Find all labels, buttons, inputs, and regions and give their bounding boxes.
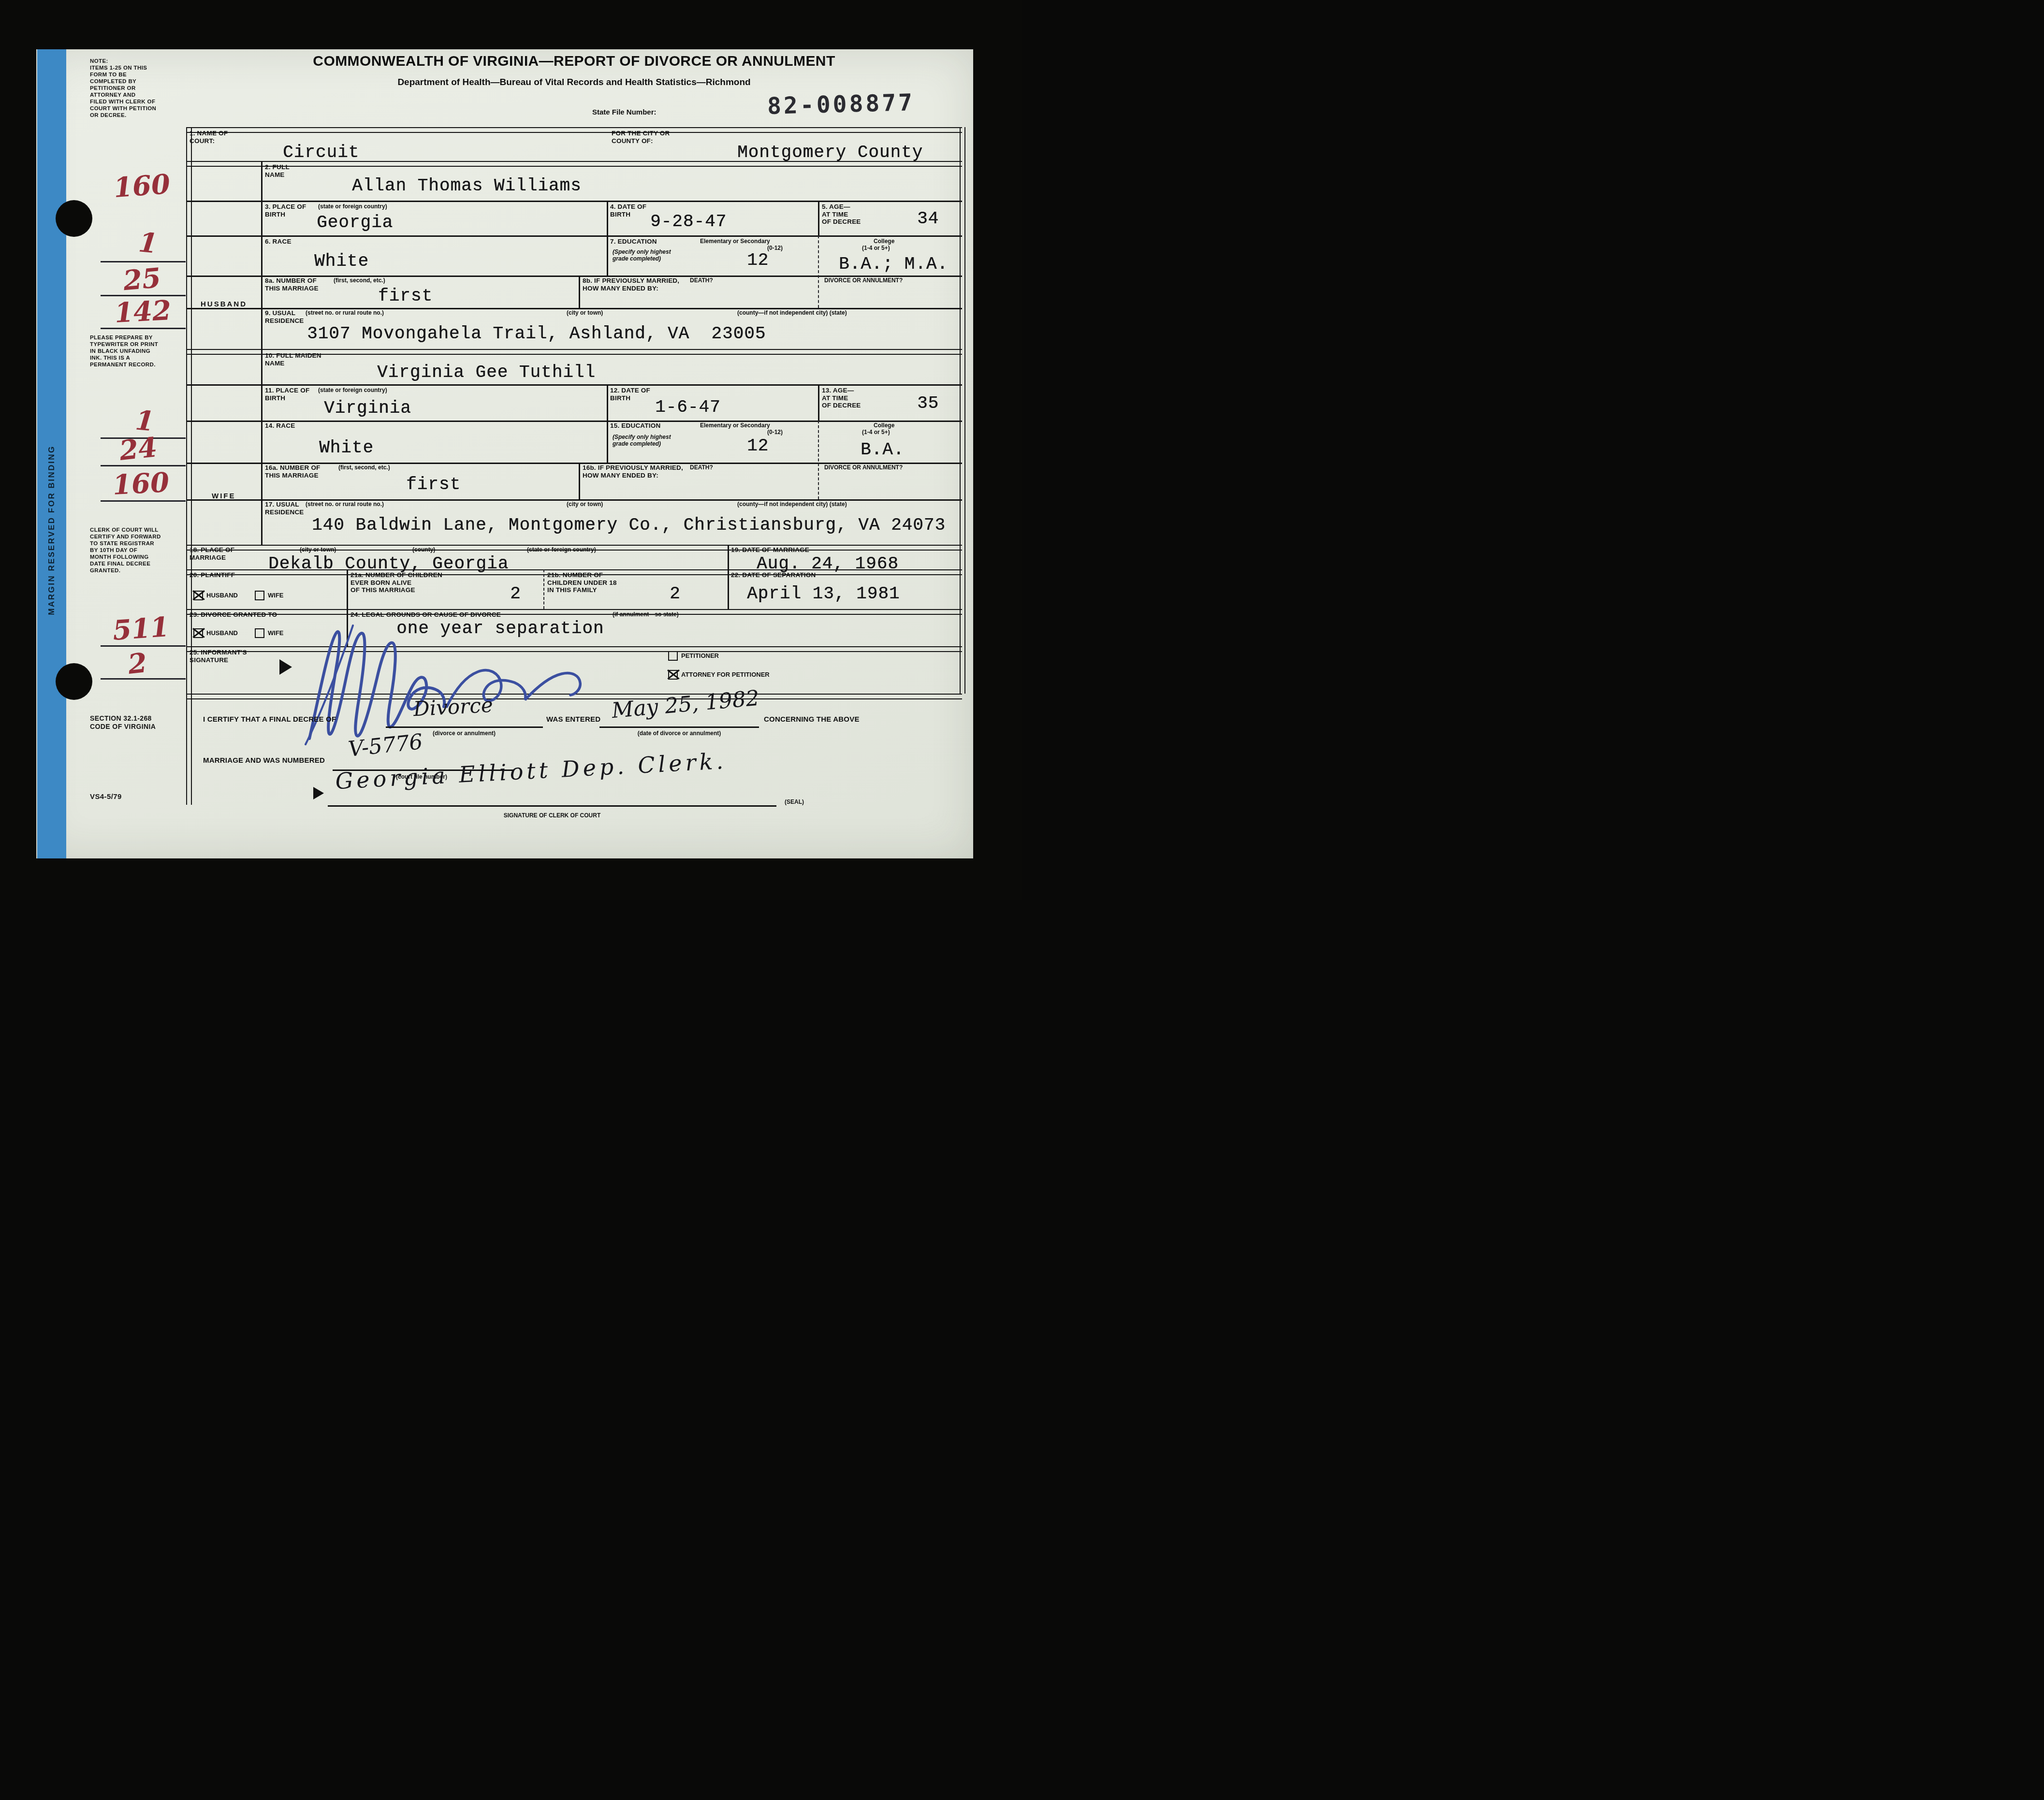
field-17-county-hint: (county—if not independent city) (state) (737, 501, 847, 508)
field-21b-value: 2 (670, 584, 681, 604)
hole-punch (56, 663, 92, 700)
field-17-value: 140 Baldwin Lane, Montgomery Co., Christ… (312, 515, 946, 535)
grid-line (186, 127, 962, 133)
decree-type-hint: (divorce or annulment) (411, 730, 517, 737)
field-1-for-value: Montgomery County (737, 143, 923, 162)
state-file-number-label: State File Number: (592, 108, 657, 116)
granted-husband-checkbox (193, 628, 203, 638)
field-7-college-label: College (874, 238, 894, 245)
plaintiff-husband-label: HUSBAND (206, 592, 238, 599)
granted-husband-label: HUSBAND (206, 629, 238, 637)
margin-handwritten-number: 1 (137, 226, 160, 260)
field-9-county-hint: (county—if not independent city) (state) (737, 309, 847, 316)
field-19-value: Aug. 24, 1968 (757, 554, 899, 574)
field-17-street-hint: (street no. or rural route no.) (306, 501, 384, 508)
field-23-label: 23. DIVORCE GRANTED TO (190, 611, 277, 619)
marriage-numbered-label: MARRIAGE AND WAS NUMBERED (203, 756, 325, 765)
decree-type-handwritten: Divorce (413, 693, 494, 721)
field-15-spec-hint: (Specify only highest grade completed) (613, 434, 671, 448)
field-9-street-hint: (street no. or rural route no.) (306, 309, 384, 316)
field-8b-divorce-label: DIVORCE OR ANNULMENT? (824, 277, 903, 284)
field-15-elementary-range: (0-12) (767, 429, 783, 435)
field-9-city-hint: (city or town) (567, 309, 603, 316)
field-13-value: 35 (917, 393, 939, 413)
field-18-city-hint: (city or town) (300, 546, 336, 553)
plaintiff-wife-checkbox (255, 591, 264, 600)
state-file-number-stamp: 82-008877 (767, 89, 915, 120)
binding-margin-label: MARGIN RESERVED FOR BINDING (47, 445, 57, 615)
scanned-divorce-report-page: MARGIN RESERVED FOR BINDING NOTE: ITEMS … (0, 0, 1022, 900)
grid-line (579, 276, 580, 308)
field-18-value: Dekalb County, Georgia (268, 554, 509, 574)
field-15-elementary-label: Elementary or Secondary (700, 422, 770, 429)
field-5-label: 5. AGE— AT TIME OF DECREE (822, 203, 861, 226)
margin-handwritten-number: 160 (112, 466, 170, 501)
grid-line (261, 161, 263, 545)
grid-line (186, 127, 192, 805)
field-10-label: 10. FULL MAIDEN NAME (265, 352, 321, 367)
grid-line (186, 421, 962, 422)
field-3-hint: (state or foreign country) (318, 203, 387, 210)
blank-line (328, 805, 776, 807)
field-15-college-range: (1-4 or 5+) (862, 429, 890, 435)
margin-prepare-note: PLEASE PREPARE BY TYPEWRITER OR PRINT IN… (90, 334, 187, 368)
field-16b-divorce-label: DIVORCE OR ANNULMENT? (824, 464, 903, 471)
entered-date-handwritten: May 25, 1982 (611, 686, 760, 723)
margin-handwritten-number: 2 (127, 647, 149, 681)
field-18-county-hint: (county) (412, 546, 435, 553)
margin-rule (101, 465, 186, 466)
attorney-for-petitioner-checkbox (668, 670, 678, 680)
field-6-label: 6. RACE (265, 238, 292, 246)
field-9-value: 3107 Movongahela Trail, Ashland, VA 2300… (307, 324, 766, 344)
grid-line (960, 127, 965, 694)
field-7-label: 7. EDUCATION (610, 238, 657, 246)
field-8b-death-label: DEATH? (690, 277, 713, 284)
margin-form-number: VS4-5/79 (90, 793, 187, 801)
plaintiff-wife-label: WIFE (268, 592, 284, 599)
grid-line (728, 545, 729, 609)
field-11-label: 11. PLACE OF BIRTH (265, 387, 309, 402)
grid-line (186, 235, 962, 237)
field-8a-value: first (378, 286, 433, 306)
field-12-value: 1-6-47 (655, 397, 721, 417)
field-7-elementary-value: 12 (747, 250, 769, 270)
field-19-label: 19. DATE OF MARRIAGE (731, 546, 809, 554)
field-3-value: Georgia (317, 213, 393, 232)
field-4-label: 4. DATE OF BIRTH (610, 203, 646, 218)
field-17-city-hint: (city or town) (567, 501, 603, 508)
field-15-label: 15. EDUCATION (610, 422, 660, 430)
plaintiff-husband-checkbox (193, 591, 203, 600)
field-20-label: 20. PLAINTIFF (190, 571, 235, 579)
margin-handwritten-number: 160 (113, 168, 171, 204)
grid-line (579, 463, 580, 499)
field-21b-label: 21b. NUMBER OF CHILDREN UNDER 18 IN THIS… (547, 571, 617, 594)
field-9-label: 9. USUAL RESIDENCE (265, 309, 304, 324)
field-6-value: White (314, 251, 369, 271)
field-15-college-value: B.A. (861, 440, 904, 460)
field-15-college-label: College (874, 422, 894, 429)
field-7-elementary-range: (0-12) (767, 245, 783, 251)
field-8a-hint: (first, second, etc.) (334, 277, 385, 284)
field-7-elementary-label: Elementary or Secondary (700, 238, 770, 245)
clerk-signature-caption: SIGNATURE OF CLERK OF COURT (460, 812, 644, 819)
entered-date-hint: (date of divorce or annulment) (612, 730, 747, 737)
margin-rule (101, 261, 186, 262)
blank-line (386, 726, 543, 728)
grid-line (818, 201, 819, 235)
field-1-label: 1. NAME OF COURT: (190, 130, 228, 145)
margin-rule (101, 328, 186, 329)
margin-handwritten-number: 142 (114, 294, 172, 329)
field-7-college-value: B.A.; M.A. (839, 254, 948, 274)
grid-line (186, 201, 962, 202)
grid-line (818, 421, 819, 499)
margin-clerk-note: CLERK OF COURT WILL CERTIFY AND FORWARD … (90, 527, 187, 574)
field-1-for-label: FOR THE CITY OR COUNTY OF: (612, 130, 670, 145)
margin-section-code: SECTION 32.1-268 CODE OF VIRGINIA (90, 714, 187, 731)
field-16b-label: 16b. IF PREVIOUSLY MARRIED, HOW MANY END… (583, 464, 683, 479)
certify-prefix: I CERTIFY THAT A FINAL DECREE OF (203, 715, 336, 724)
field-3-label: 3. PLACE OF BIRTH (265, 203, 306, 218)
field-15-elementary-value: 12 (747, 436, 769, 456)
field-22-value: April 13, 1981 (747, 584, 900, 604)
grid-line (607, 201, 608, 276)
field-2-label: 2. FULL NAME (265, 163, 290, 178)
wife-section-label: WIFE (212, 492, 236, 500)
margin-handwritten-number: 24 (118, 431, 159, 467)
seal-label: (SEAL) (785, 798, 804, 805)
field-1-value: Circuit (283, 143, 359, 162)
margin-handwritten-number: 25 (122, 262, 162, 297)
field-18-label: 18. PLACE OF MARRIAGE (190, 546, 234, 561)
field-13-label: 13. AGE— AT TIME OF DECREE (822, 387, 861, 409)
form-paper: MARGIN RESERVED FOR BINDING NOTE: ITEMS … (36, 49, 973, 858)
field-16a-label: 16a. NUMBER OF THIS MARRIAGE (265, 464, 321, 479)
field-4-value: 9-28-47 (650, 212, 727, 232)
field-25-label: 25. INFORMANT'S SIGNATURE (190, 649, 247, 664)
field-14-label: 14. RACE (265, 422, 295, 430)
field-5-value: 34 (917, 209, 939, 229)
field-21a-label: 21a. NUMBER OF CHILDREN EVER BORN ALIVE … (350, 571, 442, 594)
petitioner-checkbox (668, 651, 678, 661)
grid-line (818, 384, 819, 421)
field-16b-death-label: DEATH? (690, 464, 713, 471)
field-21a-value: 2 (510, 584, 521, 604)
husband-section-label: HUSBAND (201, 300, 247, 308)
field-22-label: 22. DATE OF SEPARATION (731, 571, 816, 579)
arrow-marker (313, 787, 324, 799)
field-11-value: Virginia (324, 398, 411, 418)
petitioner-label: PETITIONER (681, 652, 719, 659)
granted-wife-checkbox (255, 628, 264, 638)
field-8b-label: 8b. IF PREVIOUSLY MARRIED, HOW MANY ENDE… (583, 277, 679, 292)
was-entered-label: WAS ENTERED (546, 715, 600, 724)
field-12-label: 12. DATE OF BIRTH (610, 387, 650, 402)
field-2-value: Allan Thomas Williams (352, 176, 582, 196)
attorney-for-petitioner-label: ATTORNEY FOR PETITIONER (681, 671, 770, 678)
blank-line (599, 726, 759, 728)
field-7-college-range: (1-4 or 5+) (862, 245, 890, 251)
form-subtitle: Department of Health—Bureau of Vital Rec… (186, 77, 962, 88)
margin-rule (101, 678, 186, 680)
field-7-spec-hint: (Specify only highest grade completed) (613, 248, 671, 262)
grid-line (186, 384, 962, 386)
margin-handwritten-number: 511 (112, 611, 170, 647)
field-14-value: White (319, 438, 374, 458)
field-18-state-hint: (state or foreign country) (527, 546, 596, 553)
field-10-value: Virginia Gee Tuthill (377, 363, 596, 382)
hole-punch (56, 200, 92, 237)
margin-rule (101, 500, 186, 502)
field-8a-label: 8a. NUMBER OF THIS MARRIAGE (265, 277, 319, 292)
concerning-suffix: CONCERNING THE ABOVE (764, 715, 860, 724)
grid-line (607, 384, 608, 463)
field-17-label: 17. USUAL RESIDENCE (265, 501, 304, 516)
field-11-hint: (state or foreign country) (318, 387, 387, 393)
margin-note: NOTE: ITEMS 1-25 ON THIS FORM TO BE COMP… (90, 58, 187, 119)
grid-line (818, 235, 819, 308)
field-16a-hint: (first, second, etc.) (338, 464, 390, 471)
field-16a-value: first (406, 475, 461, 494)
form-title: COMMONWEALTH OF VIRGINIA—REPORT OF DIVOR… (186, 53, 962, 70)
grid-line (543, 569, 544, 609)
field-24-hint: (if annulment—so state) (613, 611, 679, 618)
